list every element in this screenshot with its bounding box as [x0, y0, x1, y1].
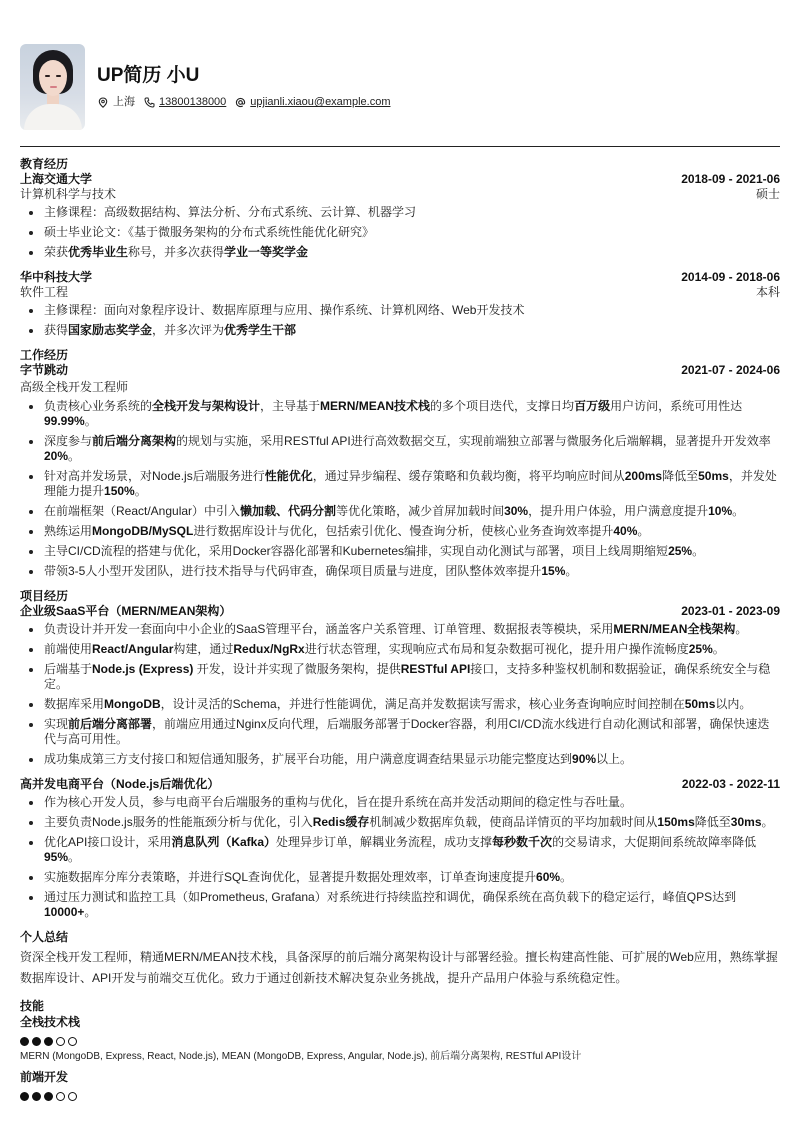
- bullet-item: 针对高并发场景，对Node.js后端服务进行性能优化，通过异步编程、缓存策略和负…: [20, 469, 780, 499]
- work-list: 字节跳动2021-07 - 2024-06高级全栈开发工程师负责核心业务系统的全…: [20, 363, 780, 579]
- skill-item: 前端开发: [20, 1070, 780, 1101]
- bold-highlight: MongoDB: [104, 697, 161, 711]
- bullet-item: 作为核心开发人员，参与电商平台后端服务的重构与优化，旨在提升系统在高并发活动期间…: [20, 795, 780, 810]
- bullet-item: 负责设计并开发一套面向中小企业的SaaS管理平台，涵盖客户关系管理、订单管理、数…: [20, 622, 780, 637]
- bullet-item: 带领3-5人小型开发团队，进行技术指导与代码审查，确保项目质量与进度，团队整体效…: [20, 564, 780, 579]
- contact-phone[interactable]: 13800138000: [143, 94, 226, 111]
- skill-item: 全栈技术栈MERN (MongoDB, Express, React, Node…: [20, 1015, 780, 1064]
- company-name: 字节跳动: [20, 363, 68, 378]
- filled-dot-icon: [44, 1092, 53, 1101]
- section-title: 项目经历: [20, 589, 780, 604]
- bullet-item: 主导CI/CD流程的搭建与优化，采用Docker容器化部署和Kubernetes…: [20, 544, 780, 559]
- bullet-item: 成功集成第三方支付接口和短信通知服务，扩展平台功能，用户满意度调查结果显示功能完…: [20, 752, 780, 767]
- bullet-item: 优化API接口设计，采用消息队列（Kafka）处理异步订单，解耦业务流程，成功支…: [20, 835, 780, 865]
- email-link[interactable]: upjianli.xiaou@example.com: [250, 94, 390, 111]
- bold-highlight: 优秀学生干部: [224, 323, 296, 337]
- date-range: 2023-01 - 2023-09: [681, 604, 780, 619]
- bullet-item: 熟练运用MongoDB/MySQL进行数据库设计与优化，包括索引优化、慢查询分析…: [20, 524, 780, 539]
- bold-highlight: 150%: [104, 484, 135, 498]
- map-pin-icon: [97, 97, 109, 109]
- bullet-item: 后端基于Node.js (Express) 开发，设计并实现了微服务架构，提供R…: [20, 662, 780, 692]
- bold-highlight: MERN/MEAN全栈架构: [613, 622, 735, 636]
- education-section: 教育经历 上海交通大学2018-09 - 2021-06计算机科学与技术硕士主修…: [20, 157, 780, 338]
- date-range: 2021-07 - 2024-06: [681, 363, 780, 378]
- bold-highlight: 30ms: [731, 815, 762, 829]
- bold-highlight: 国家励志奖学金: [68, 323, 152, 337]
- bullet-item: 实现前后端分离部署，前端应用通过Nginx反向代理，后端服务部署于Docker容…: [20, 717, 780, 747]
- bold-highlight: MongoDB/MySQL: [92, 524, 193, 538]
- section-title: 工作经历: [20, 348, 780, 363]
- bold-highlight: 25%: [689, 642, 713, 656]
- bold-highlight: 每秒数千次: [492, 835, 552, 849]
- project-entry: 企业级SaaS平台（MERN/MEAN架构）2023-01 - 2023-09负…: [20, 604, 780, 767]
- bold-highlight: 消息队列（Kafka）: [171, 835, 276, 849]
- bold-highlight: 百万级: [574, 399, 610, 413]
- bold-highlight: 前后端分离架构: [92, 434, 176, 448]
- work-section: 工作经历 字节跳动2021-07 - 2024-06高级全栈开发工程师负责核心业…: [20, 348, 780, 579]
- projects-list: 企业级SaaS平台（MERN/MEAN架构）2023-01 - 2023-09负…: [20, 604, 780, 920]
- bullet-item: 主修课程：面向对象程序设计、数据库原理与应用、操作系统、计算机网络、Web开发技…: [20, 303, 780, 318]
- section-title: 教育经历: [20, 157, 780, 172]
- empty-dot-icon: [56, 1092, 65, 1101]
- bullet-item: 实施数据库分库分表策略，并进行SQL查询优化，显著提升数据处理效率，订单查询速度…: [20, 870, 780, 885]
- bold-highlight: Redux/NgRx: [233, 642, 304, 656]
- degree: 本科: [756, 285, 780, 300]
- date-range: 2022-03 - 2022-11: [682, 777, 780, 792]
- photo-shoulders: [24, 104, 82, 130]
- resume-page: UP简历 小U 上海 13800138000: [0, 0, 800, 1101]
- bold-highlight: 60%: [536, 870, 560, 884]
- skills-section: 技能 全栈技术栈MERN (MongoDB, Express, React, N…: [20, 999, 780, 1101]
- entry-head: 企业级SaaS平台（MERN/MEAN架构）2023-01 - 2023-09: [20, 604, 780, 619]
- bold-highlight: MERN/MEAN技术栈: [320, 399, 430, 413]
- empty-dot-icon: [56, 1037, 65, 1046]
- entry-head: 上海交通大学2018-09 - 2021-06: [20, 172, 780, 187]
- bold-highlight: 95%: [44, 850, 68, 864]
- phone-link[interactable]: 13800138000: [159, 94, 226, 111]
- skills-list: 全栈技术栈MERN (MongoDB, Express, React, Node…: [20, 1015, 780, 1101]
- section-title: 个人总结: [20, 930, 780, 945]
- bold-highlight: 40%: [613, 524, 637, 538]
- summary-section: 个人总结 资深全栈开发工程师，精通MERN/MEAN技术栈，具备深厚的前后端分离…: [20, 930, 780, 989]
- skill-name: 前端开发: [20, 1070, 780, 1085]
- contact-row: 上海 13800138000 upjianli.xiaou@example.co…: [97, 94, 398, 111]
- bullet-item: 在前端框架（React/Angular）中引入懒加载、代码分割等优化策略，减少首…: [20, 504, 780, 519]
- education-entry: 上海交通大学2018-09 - 2021-06计算机科学与技术硕士主修课程：高级…: [20, 172, 780, 260]
- summary-text: 资深全栈开发工程师，精通MERN/MEAN技术栈，具备深厚的前后端分离架构设计与…: [20, 947, 780, 989]
- photo-eye: [45, 75, 50, 77]
- bullet-list: 作为核心开发人员，参与电商平台后端服务的重构与优化，旨在提升系统在高并发活动期间…: [20, 795, 780, 920]
- job-role: 高级全栈开发工程师: [20, 378, 780, 396]
- bullet-item: 数据库采用MongoDB，设计灵活的Schema，并进行性能调优，满足高并发数据…: [20, 697, 780, 712]
- bold-highlight: 150ms: [657, 815, 694, 829]
- bullet-item: 通过压力测试和监控工具（如Prometheus, Grafana）对系统进行持续…: [20, 890, 780, 920]
- education-entry: 华中科技大学2014-09 - 2018-06软件工程本科主修课程：面向对象程序…: [20, 270, 780, 338]
- bold-highlight: 全栈开发与架构设计: [152, 399, 260, 413]
- bullet-item: 深度参与前后端分离架构的规划与实施，采用RESTful API进行高效数据交互，…: [20, 434, 780, 464]
- bold-highlight: 学业一等奖学金: [224, 245, 308, 259]
- entry-head: 华中科技大学2014-09 - 2018-06: [20, 270, 780, 285]
- bullet-item: 主要负责Node.js服务的性能瓶颈分析与优化，引入Redis缓存机制减少数据库…: [20, 815, 780, 830]
- filled-dot-icon: [20, 1092, 29, 1101]
- bold-highlight: 99.99%: [44, 414, 85, 428]
- resume-header: UP简历 小U 上海 13800138000: [20, 44, 780, 130]
- bullet-item: 主修课程：高级数据结构、算法分析、分布式系统、云计算、机器学习: [20, 205, 780, 220]
- entry-head: 字节跳动2021-07 - 2024-06: [20, 363, 780, 378]
- skill-level-dots: [20, 1092, 780, 1101]
- degree: 硕士: [756, 187, 780, 202]
- bold-highlight: 50ms: [685, 697, 716, 711]
- bullet-list: 负责设计并开发一套面向中小企业的SaaS管理平台，涵盖客户关系管理、订单管理、数…: [20, 622, 780, 767]
- project-entry: 高并发电商平台（Node.js后端优化）2022-03 - 2022-11作为核…: [20, 777, 780, 920]
- location-text: 上海: [113, 94, 135, 111]
- photo-eye: [56, 75, 61, 77]
- bold-highlight: 懒加载、代码分割: [240, 504, 336, 518]
- phone-icon: [143, 97, 155, 109]
- identity-block: UP简历 小U 上海 13800138000: [97, 63, 398, 111]
- education-list: 上海交通大学2018-09 - 2021-06计算机科学与技术硕士主修课程：高级…: [20, 172, 780, 338]
- bullet-item: 荣获优秀毕业生称号，并多次获得学业一等奖学金: [20, 245, 780, 260]
- entry-sub-row: 计算机科学与技术硕士: [20, 187, 780, 202]
- contact-location: 上海: [97, 94, 135, 111]
- bold-highlight: 前后端分离部署: [68, 717, 152, 731]
- bullet-item: 硕士毕业论文：《基于微服务架构的分布式系统性能优化研究》: [20, 225, 780, 240]
- major: 软件工程: [20, 285, 68, 300]
- skill-level-dots: [20, 1037, 780, 1046]
- filled-dot-icon: [32, 1037, 41, 1046]
- bullet-list: 主修课程：高级数据结构、算法分析、分布式系统、云计算、机器学习硕士毕业论文：《基…: [20, 205, 780, 260]
- bold-highlight: Node.js (Express): [92, 662, 193, 676]
- entry-head: 高并发电商平台（Node.js后端优化）2022-03 - 2022-11: [20, 777, 780, 792]
- filled-dot-icon: [44, 1037, 53, 1046]
- candidate-name: UP简历 小U: [97, 63, 398, 89]
- entry-sub-row: 软件工程本科: [20, 285, 780, 300]
- bold-highlight: 性能优化: [265, 469, 313, 483]
- skill-description: MERN (MongoDB, Express, React, Node.js),…: [20, 1050, 780, 1064]
- bold-highlight: 10000+: [44, 905, 84, 919]
- bold-highlight: 200ms: [625, 469, 662, 483]
- filled-dot-icon: [20, 1037, 29, 1046]
- filled-dot-icon: [32, 1092, 41, 1101]
- bullet-item: 获得国家励志奖学金，并多次评为优秀学生干部: [20, 323, 780, 338]
- projects-section: 项目经历 企业级SaaS平台（MERN/MEAN架构）2023-01 - 202…: [20, 589, 780, 920]
- bold-highlight: 15%: [541, 564, 565, 578]
- empty-dot-icon: [68, 1037, 77, 1046]
- work-entry: 字节跳动2021-07 - 2024-06高级全栈开发工程师负责核心业务系统的全…: [20, 363, 780, 579]
- major: 计算机科学与技术: [20, 187, 116, 202]
- bold-highlight: 30%: [504, 504, 528, 518]
- empty-dot-icon: [68, 1092, 77, 1101]
- bold-highlight: 90%: [572, 752, 596, 766]
- date-range: 2014-09 - 2018-06: [681, 270, 780, 285]
- profile-photo: [20, 44, 85, 130]
- bullet-list: 负责核心业务系统的全栈开发与架构设计，主导基于MERN/MEAN技术栈的多个项目…: [20, 399, 780, 579]
- photo-lip: [50, 86, 57, 88]
- bold-highlight: 50ms: [698, 469, 729, 483]
- bullet-list: 主修课程：面向对象程序设计、数据库原理与应用、操作系统、计算机网络、Web开发技…: [20, 303, 780, 338]
- bold-highlight: 25%: [668, 544, 692, 558]
- section-title: 技能: [20, 999, 780, 1014]
- bullet-item: 前端使用React/Angular构建，通过Redux/NgRx进行状态管理，实…: [20, 642, 780, 657]
- bold-highlight: Redis缓存: [313, 815, 370, 829]
- school-name: 华中科技大学: [20, 270, 92, 285]
- project-name: 企业级SaaS平台（MERN/MEAN架构）: [20, 604, 231, 619]
- skill-name: 全栈技术栈: [20, 1015, 780, 1030]
- bold-highlight: 10%: [708, 504, 732, 518]
- contact-email[interactable]: upjianli.xiaou@example.com: [234, 94, 390, 111]
- school-name: 上海交通大学: [20, 172, 92, 187]
- bold-highlight: React/Angular: [92, 642, 173, 656]
- bold-highlight: 优秀毕业生: [68, 245, 128, 259]
- header-divider: [20, 146, 780, 147]
- bullet-item: 负责核心业务系统的全栈开发与架构设计，主导基于MERN/MEAN技术栈的多个项目…: [20, 399, 780, 429]
- date-range: 2018-09 - 2021-06: [681, 172, 780, 187]
- at-icon: [234, 97, 246, 109]
- bold-highlight: RESTful API: [401, 662, 471, 676]
- project-name: 高并发电商平台（Node.js后端优化）: [20, 777, 219, 792]
- bold-highlight: 20%: [44, 449, 68, 463]
